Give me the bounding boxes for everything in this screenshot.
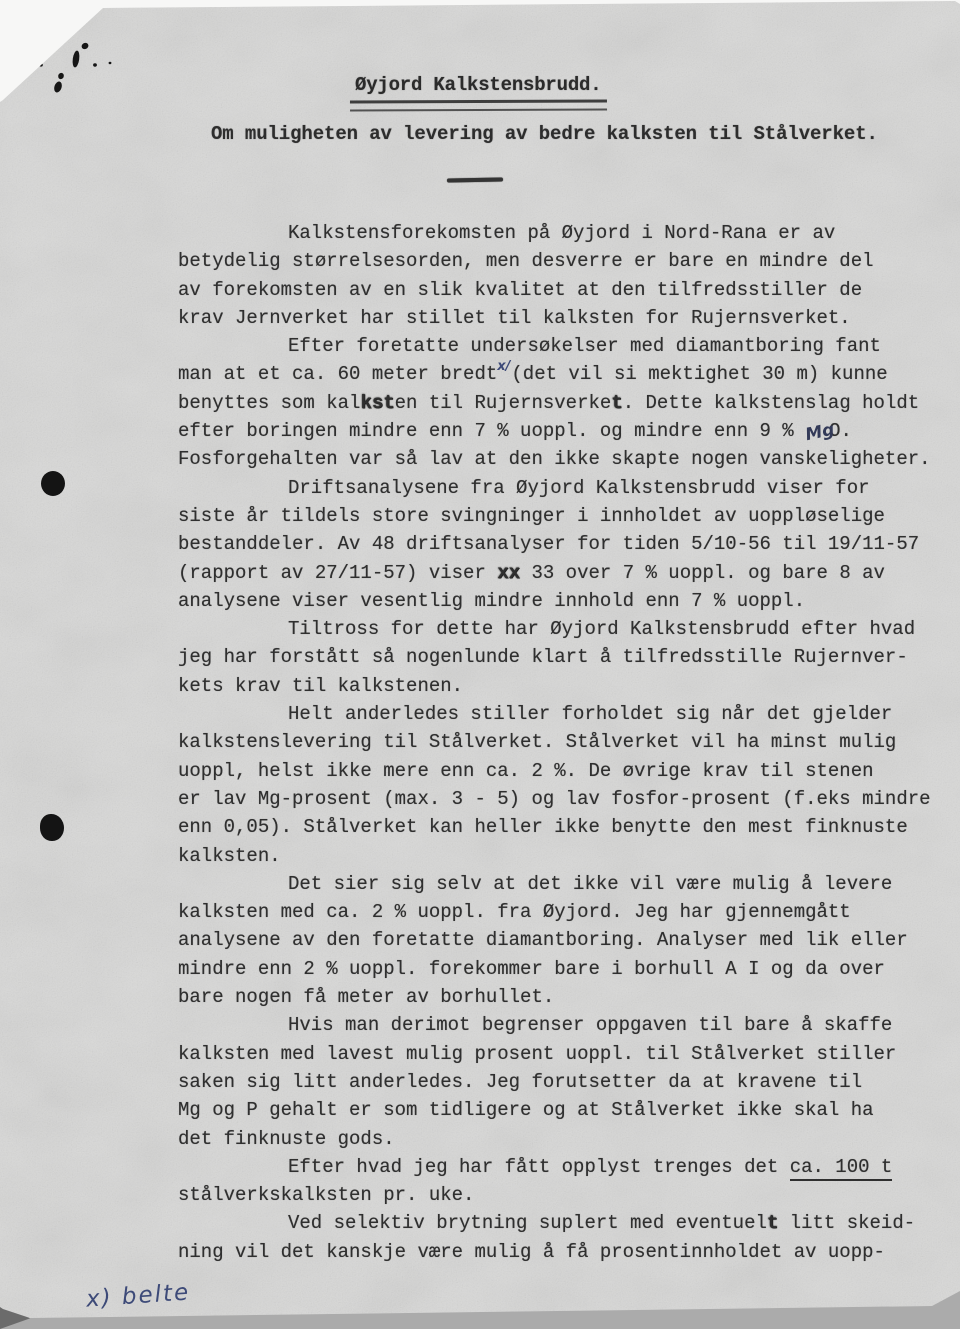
text-line: Mg og P gehalt er som tidligere og at St… [178,1096,948,1124]
text-line: er lav Mg-prosent (max. 3 - 5) og lav fo… [178,785,948,813]
text-line: (rapport av 27/11-57) viser xx 33 over 7… [178,559,948,587]
text-line: Ved selektiv brytning suplert med eventu… [178,1209,948,1237]
text-line: kalkstenslevering til Stålverket. Stålve… [178,728,948,756]
text-line: Efter foretatte undersøkelser med diaman… [178,332,948,360]
text-line: efter boringen mindre enn 7 % uoppl. og … [178,417,948,445]
text-line: av forekomsten av en slik kvalitet at de… [178,276,948,304]
text-line: kalksten med lavest mulig prosent uoppl.… [178,1040,948,1068]
text-line: Det sier sig selv at det ikke vil være m… [178,870,948,898]
text-line: Efter hvad jeg har fått opplyst trenges … [178,1153,948,1181]
text-line: det finknuste gods. [178,1125,948,1153]
text-line: analysene viser vesentlig mindre innhold… [178,587,948,615]
hole-punch-mark-top [41,471,65,496]
document-subtitle: Om muligheten av levering av bedre kalks… [211,123,901,145]
ink-specks [30,38,130,108]
text-line: kalksten med ca. 2 % uoppl. fra Øyjord. … [178,898,948,926]
text-line: stålverkskalksten pr. uke. [178,1181,948,1209]
text-line: enn 0,05). Stålverket kan heller ikke be… [178,813,948,841]
hole-punch-mark-bottom [40,814,64,841]
text-line: bestanddeler. Av 48 driftsanalyser for t… [178,530,948,558]
text-line: uoppl, helst ikke mere enn ca. 2 %. De ø… [178,757,948,785]
handwritten-footnote: x) belte [85,1279,191,1312]
title-underline [350,99,607,111]
text-line: saken sig litt anderledes. Jeg forutsett… [178,1068,948,1096]
document-title: Øyjord Kalkstensbrudd. [355,74,615,96]
section-divider [447,178,503,183]
text-line: bare nogen få meter av borhullet. [178,983,948,1011]
document-body: Kalkstensforekomsten på Øyjord i Nord-Ra… [178,219,948,1266]
text-line: kalksten. [178,842,948,870]
text-line: Hvis man derimot begrenser oppgaven til … [178,1011,948,1039]
text-line: jeg har forstått så nogenlunde klart å t… [178,643,948,671]
text-line: kets krav til kalkstenen. [178,672,948,700]
text-line: analysene av den foretatte diamantboring… [178,926,948,954]
scanned-page: Øyjord Kalkstensbrudd. Om muligheten av … [0,0,960,1329]
text-line: Fosforgehalten var så lav at den ikke sk… [178,445,948,473]
text-line: betydelig størrelsesorden, men desverre … [178,247,948,275]
text-line: Tiltross for dette har Øyjord Kalkstensb… [178,615,948,643]
text-line: siste år tildels store svingninger i inn… [178,502,948,530]
text-line: man at et ca. 60 meter bredtx/(det vil s… [178,360,948,388]
text-line: Kalkstensforekomsten på Øyjord i Nord-Ra… [178,219,948,247]
text-line: Driftsanalysene fra Øyjord Kalkstensbrud… [178,474,948,502]
text-line: Helt anderledes stiller forholdet sig nå… [178,700,948,728]
text-line: krav Jernverket har stillet til kalksten… [178,304,948,332]
text-line: ning vil det kanskje være mulig å få pro… [178,1238,948,1266]
text-line: benyttes som kalksten til Rujernsverket.… [178,389,948,417]
text-line: mindre enn 2 % uoppl. forekommer bare i … [178,955,948,983]
